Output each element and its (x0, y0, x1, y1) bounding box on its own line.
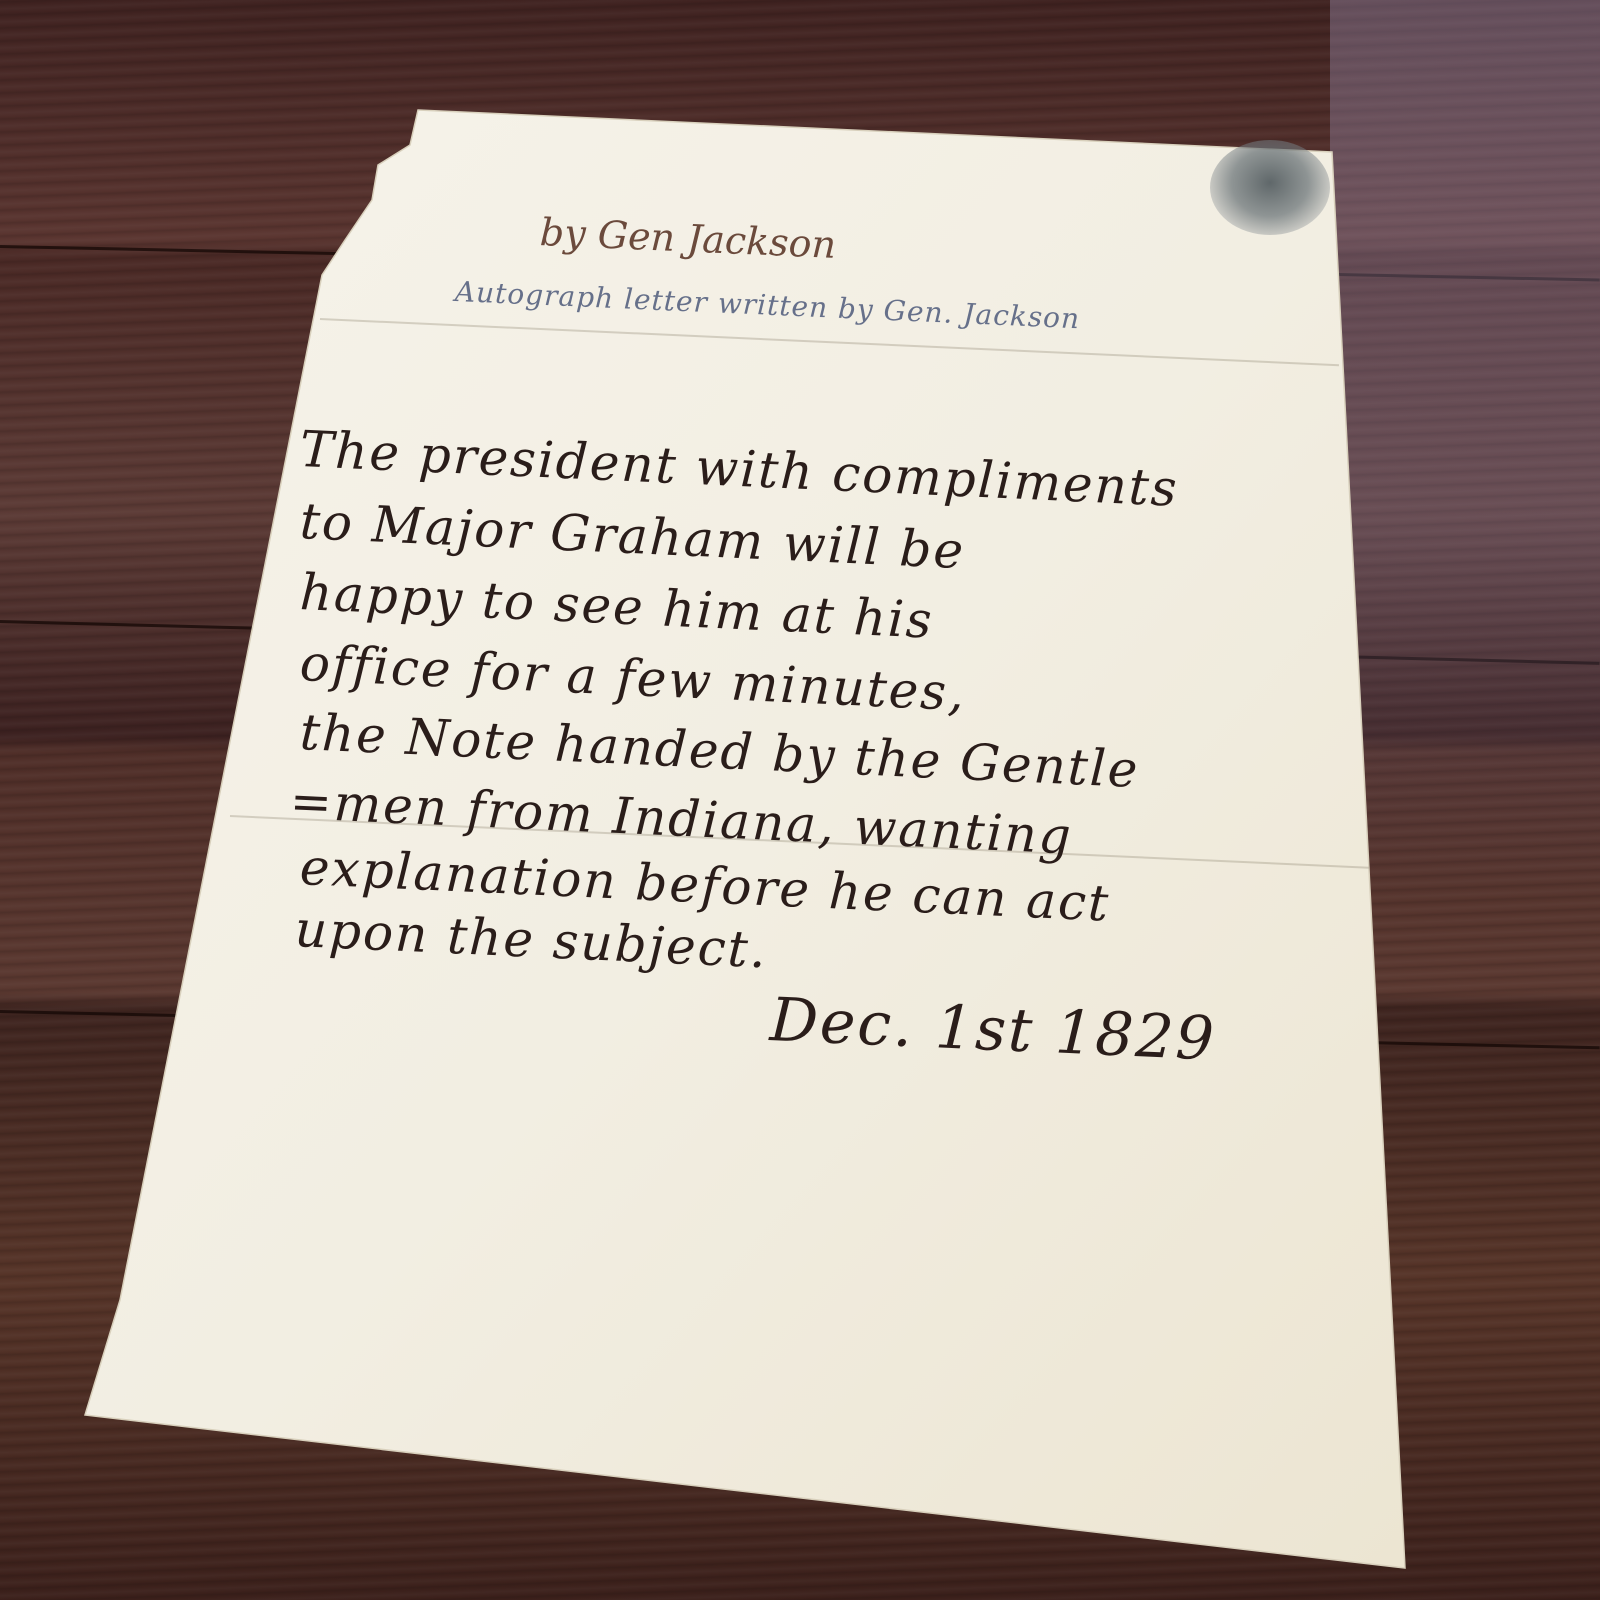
letter-paper (0, 0, 1600, 1600)
